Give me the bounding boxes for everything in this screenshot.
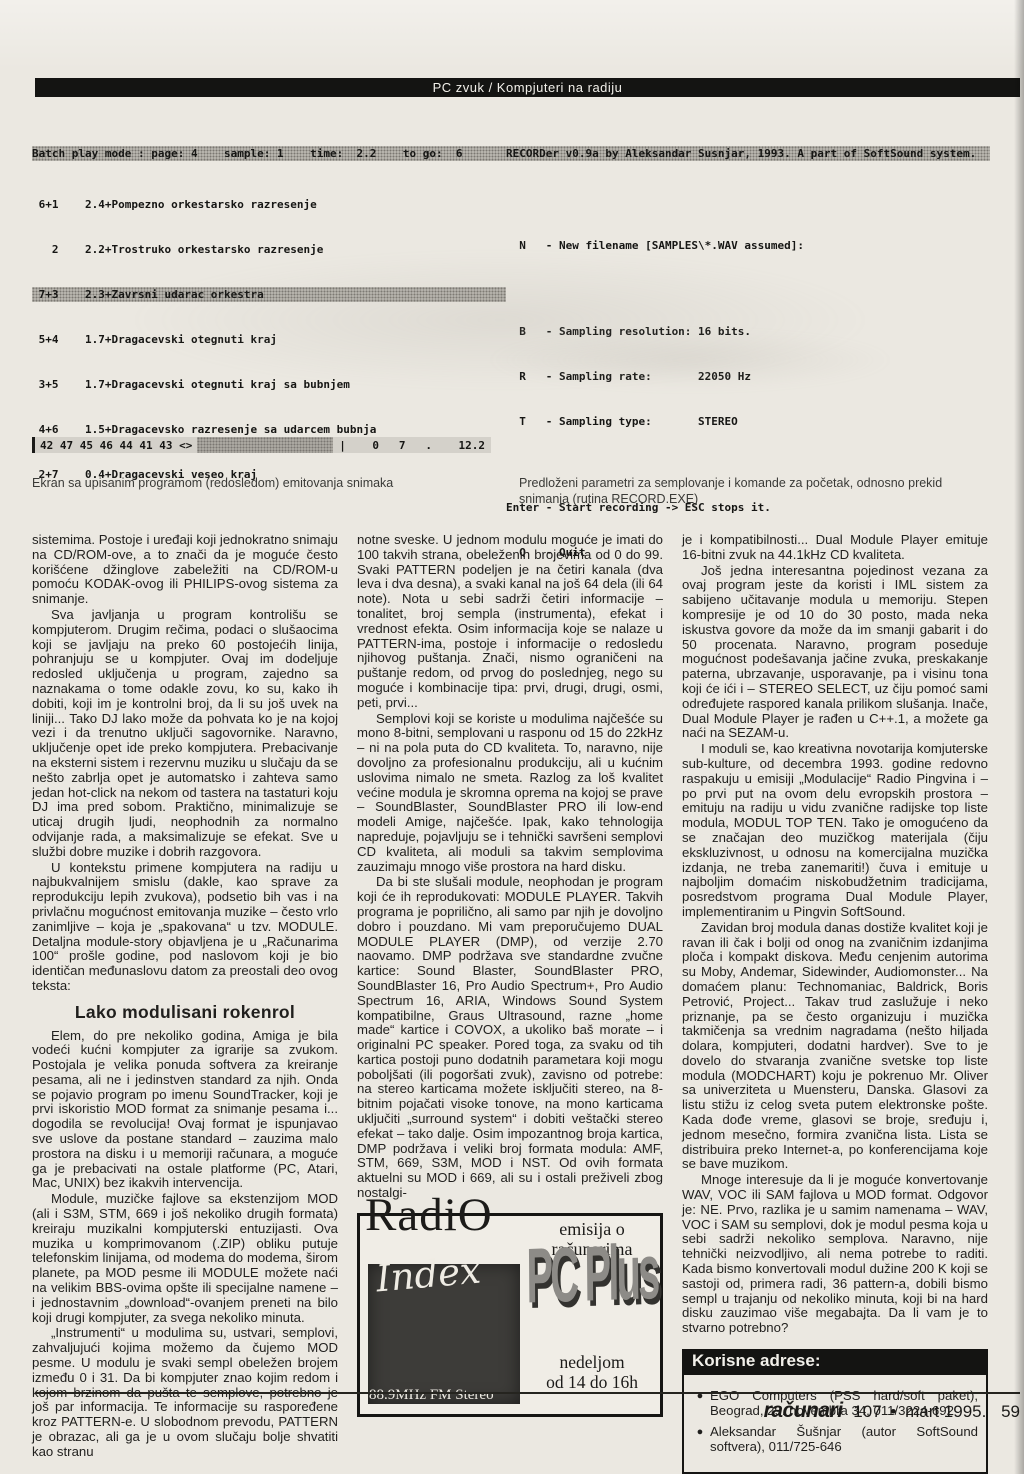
ad-schedule-line1: nedeljom (523, 1352, 661, 1372)
terminal-row: 3+5 1.7+Dragacevski otegnuti kraj sa bub… (32, 377, 506, 392)
address-text: Aleksandar Šušnjar (autor SoftSound soft… (710, 1425, 978, 1455)
article-column-3: je i kompatibilnosti... Dual Module Play… (682, 533, 988, 1474)
paragraph: Sva javljanja u program kontrolišu se ko… (32, 608, 338, 860)
status-bar-numbers: 42 47 45 46 44 41 43 <> (35, 439, 197, 452)
article-body: sistemima. Postoje i uređaji koji jednok… (32, 533, 990, 1474)
screenshot-recorder: RECORDer v0.9a by Aleksandar Susnjar, 19… (506, 116, 990, 590)
ad-show-title: PC Plus (527, 1259, 658, 1291)
separator-dot-icon: • (890, 1402, 896, 1421)
ad-frequency: 88.9MHz FM Stereo (369, 1388, 494, 1403)
caption-right: Predloženi parametri za semplovanje i ko… (519, 475, 991, 507)
ad-index-logo: Index (376, 1263, 482, 1287)
terminal-row: 2 2.2+Trostruko orkestarsko razresenje (32, 242, 506, 257)
page-number: 59 (1001, 1402, 1020, 1421)
article-column-1: sistemima. Postoje i uređaji koji jednok… (32, 533, 338, 1474)
terminal-row (506, 283, 990, 294)
paragraph: Semplovi koji se koriste u modulima najč… (357, 712, 663, 875)
magazine-name: računari (764, 1399, 843, 1422)
ad-schedule-line2: od 14 do 16h (523, 1372, 661, 1392)
paragraph: notne sveske. U jednom modulu moguće je … (357, 533, 663, 711)
paragraph: Module, muzičke fajlove sa ekstenzijom M… (32, 1192, 338, 1325)
ad-index-logo-square: Index 88.9MHz FM Stereo (368, 1264, 520, 1404)
terminal-row-highlighted: 7+3 2.3+Zavrsni udarac orkestra (32, 287, 506, 302)
paragraph: sistemima. Postoje i uređaji koji jednok… (32, 533, 338, 607)
addresses-title: Korisne adrese: (682, 1349, 988, 1375)
addresses-list: ● EGO Computers (PSS hard/soft paket), B… (682, 1375, 988, 1474)
terminal-row: 4+6 1.5+Dragacevsko razresenje sa udarce… (32, 422, 506, 437)
paragraph: Da bi ste slušali module, neophodan je p… (357, 875, 663, 1201)
issue-date: mart 1995. (905, 1402, 986, 1421)
section-header-bar: PC zvuk / Kompjuteri na radiju (35, 78, 1020, 97)
ad-show-title-wrap: PC Plus (523, 1264, 661, 1352)
section-heading: Lako modulisani rokenrol (32, 1005, 338, 1020)
terminal-row: T - Sampling type: STEREO (506, 414, 990, 429)
paragraph: Još jedna interesantna pojedinost vezana… (682, 564, 988, 742)
terminal-row-title: RECORDer v0.9a by Aleksandar Susnjar, 19… (506, 146, 990, 161)
paragraph: je i kompatibilnosti... Dual Module Play… (682, 533, 988, 563)
terminal-row: R - Sampling rate: 22050 Hz (506, 369, 990, 384)
ad-station-name: RadiO (365, 1208, 493, 1223)
radio-index-ad: RadiO Index 88.9MHz FM Stereo emisija o … (357, 1213, 663, 1417)
paragraph: Zavidan broj modula danas dostiže kvalit… (682, 921, 988, 1173)
status-bar-values: | 0 7 . 12.2 (333, 439, 491, 452)
paragraph: Elem, do pre nekoliko godina, Amiga je b… (32, 1029, 338, 1192)
magazine-footer: računari 107 • mart 1995. 59 (660, 1399, 1020, 1423)
paragraph: I moduli se, kao kreativna novotarija ko… (682, 742, 988, 920)
terminal-row: 5+4 1.7+Dragacevski otegnuti kraj (32, 332, 506, 347)
terminal-row: N - New filename [SAMPLES\*.WAV assumed]… (506, 238, 990, 253)
status-bar: 42 47 45 46 44 41 43 <> | 0 7 . 12.2 (32, 437, 491, 453)
terminal-row: 6+1 2.4+Pompezno orkestarsko razresenje (32, 197, 506, 212)
status-bar-progress-fill (197, 437, 333, 453)
paragraph: Mnoge interesuje da li je moguće konvert… (682, 1173, 988, 1336)
bullet-icon: ● (690, 1425, 710, 1455)
terminal-row: B - Sampling resolution: 16 bits. (506, 324, 990, 339)
article-column-2: notne sveske. U jednom modulu moguće je … (357, 533, 663, 1474)
address-item: ● Aleksandar Šušnjar (autor SoftSound so… (690, 1425, 978, 1455)
footer-rule (35, 1392, 1020, 1394)
terminal-row: Batch play mode : page: 4 sample: 1 time… (32, 146, 506, 161)
terminal-row (506, 197, 990, 208)
paragraph: U kontekstu primene kompjutera na radiju… (32, 861, 338, 994)
terminal-row (506, 459, 990, 470)
issue-number: 107 (853, 1402, 881, 1421)
ad-right-panel: emisija o računarima PC Plus nedeljom od… (523, 1219, 661, 1392)
magazine-page: PC zvuk / Kompjuteri na radiju Batch pla… (0, 0, 1024, 1474)
section-header-title: PC zvuk / Kompjuteri na radiju (433, 80, 623, 95)
caption-left: Ekran sa upisanim programom (redosledom)… (32, 475, 472, 491)
